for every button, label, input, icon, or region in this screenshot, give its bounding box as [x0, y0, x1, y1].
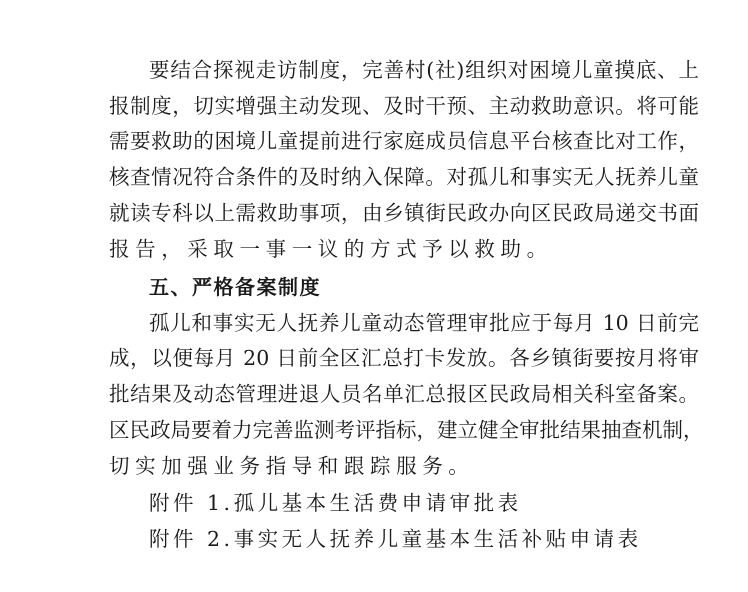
paragraph-2-line-1: 孤儿和事实无人抚养儿童动态管理审批应于每月 10 日前完	[149, 305, 699, 341]
paragraph-1-line-4: 核查情况符合条件的及时纳入保障。对孤儿和事实无人抚养儿童	[109, 159, 699, 195]
paragraph-2-line-4: 区民政局要着力完善监测考评指标，建立健全审批结果抽查机制，	[109, 412, 699, 448]
section-heading: 五、严格备案制度	[149, 269, 321, 305]
paragraph-1-line-1: 要结合探视走访制度，完善村(社)组织对困境儿童摸底、上	[149, 52, 699, 88]
paragraph-2-line-2: 成，以便每月 20 日前全区汇总打卡发放。各乡镇街要按月将审	[109, 340, 699, 376]
paragraph-1-line-6: 报告，采取一事一议的方式予以救助。	[109, 231, 553, 267]
paragraph-1-line-2: 报制度，切实增强主动发现、及时干预、主动救助意识。将可能	[109, 88, 699, 124]
paragraph-1-line-5: 就读专科以上需救助事项，由乡镇街民政办向区民政局递交书面	[109, 195, 699, 231]
attachment-2: 附件 2.事实无人抚养儿童基本生活补贴申请表	[149, 521, 642, 557]
attachment-1: 附件 1.孤儿基本生活费申请审批表	[149, 485, 522, 521]
paragraph-2-line-5: 切实加强业务指导和跟踪服务。	[109, 448, 474, 484]
paragraph-2-line-3: 批结果及动态管理进退人员名单汇总报区民政局相关科室备案。	[109, 376, 699, 412]
paragraph-1-line-3: 需要救助的困境儿童提前进行家庭成员信息平台核查比对工作，	[109, 123, 699, 159]
